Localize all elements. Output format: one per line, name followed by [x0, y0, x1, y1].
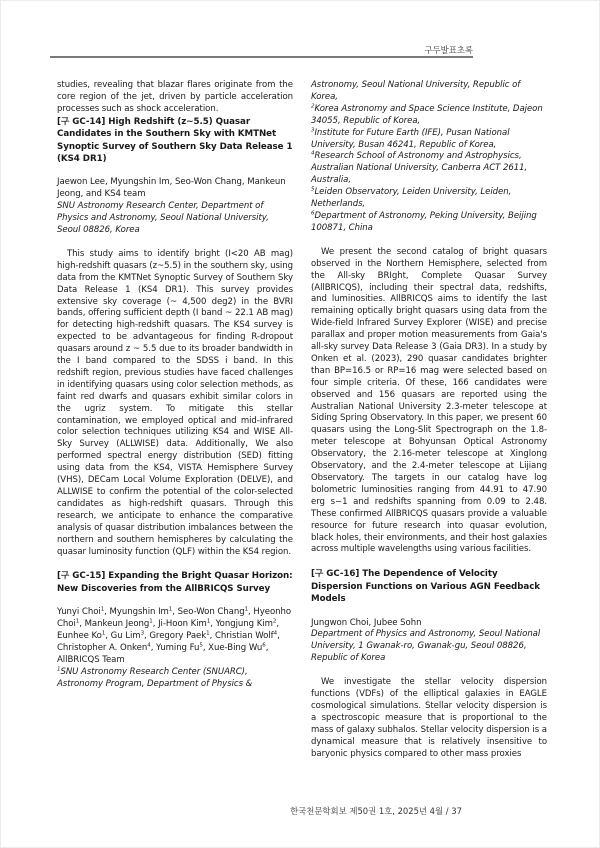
abstract-title: [구 GC-14] High Redshift (z~5.5) Quasar C… — [57, 116, 293, 166]
continued-paragraph: studies, revealing that blazar flares or… — [57, 80, 293, 116]
affiliation-6: 6Department of Astronomy, Peking Univers… — [311, 211, 547, 235]
abstract-authors: Jaewon Lee, Myungshin Im, Seo-Won Chang,… — [57, 177, 293, 201]
author: Ji-Hoon Kim — [158, 619, 207, 629]
abstract-gc15-continued: Astronomy, Seoul National University, Re… — [311, 80, 547, 556]
author: Myungshin Im — [110, 607, 169, 617]
author: AllBRICQS Team — [57, 655, 125, 665]
abstract-title: [구 GC-15] Expanding the Bright Quasar Ho… — [57, 570, 293, 595]
abstract-gc14: [구 GC-14] High Redshift (z~5.5) Quasar C… — [57, 116, 293, 559]
abstract-title: [구 GC-16] The Dependence of Velocity Dis… — [311, 568, 547, 605]
author: Christian Wolf — [215, 631, 274, 641]
left-column: studies, revealing that blazar flares or… — [57, 80, 293, 691]
abstract-authors: Yunyi Choi1, Myungshin Im1, Seo-Won Chan… — [57, 607, 293, 667]
affiliation-1-continued: Astronomy, Seoul National University, Re… — [311, 80, 547, 104]
footer-separator: / — [446, 806, 449, 816]
right-column: Astronomy, Seoul National University, Re… — [311, 80, 547, 761]
author: Gregory Paek — [149, 631, 206, 641]
abstract-gc15: [구 GC-15] Expanding the Bright Quasar Ho… — [57, 570, 293, 690]
page-footer: 한국천문학회보 제50권 1호, 2025년 4월 / 37 — [0, 805, 600, 817]
abstract-authors: Jungwon Choi, Jubee Sohn — [311, 618, 547, 630]
journal-citation: 한국천문학회보 제50권 1호, 2025년 4월 — [290, 806, 443, 816]
abstract-body: We investigate the stellar velocity disp… — [311, 677, 547, 760]
abstract-body: We present the second catalog of bright … — [311, 247, 547, 557]
affiliation-1: 1SNU Astronomy Research Center (SNUARC),… — [57, 667, 293, 691]
author: Xue-Bing Wu — [208, 643, 262, 653]
author: Eunhee Ko — [57, 631, 102, 641]
abstract-affiliation: SNU Astronomy Research Center, Departmen… — [57, 201, 293, 237]
affiliation-5: 5Leiden Observatory, Leiden University, … — [311, 187, 547, 211]
affiliation-3: 3Institute for Future Earth (IFE), Pusan… — [311, 128, 547, 152]
author: Seo-Won Chang — [178, 607, 245, 617]
abstract-affiliation: Department of Physics and Astronomy, Seo… — [311, 629, 547, 665]
author: Gu Lim — [111, 631, 141, 641]
abstract-body: This study aims to identify bright (I<20… — [57, 249, 293, 559]
affiliation-2: 2Korea Astronomy and Space Science Insti… — [311, 104, 547, 128]
author: Yuming Fu — [156, 643, 199, 653]
running-header: 구두발표초록 — [50, 44, 473, 56]
author: Mankeun Jeong — [85, 619, 150, 629]
abstract-gc16: [구 GC-16] The Dependence of Velocity Dis… — [311, 568, 547, 760]
header-rule — [50, 56, 473, 58]
author: Yongjung Kim — [216, 619, 273, 629]
author: Christopher A. Onken — [57, 643, 147, 653]
affiliation-4: 4Research School of Astronomy and Astrop… — [311, 151, 547, 187]
page-number: 37 — [451, 806, 462, 816]
author: Yunyi Choi — [57, 607, 101, 617]
